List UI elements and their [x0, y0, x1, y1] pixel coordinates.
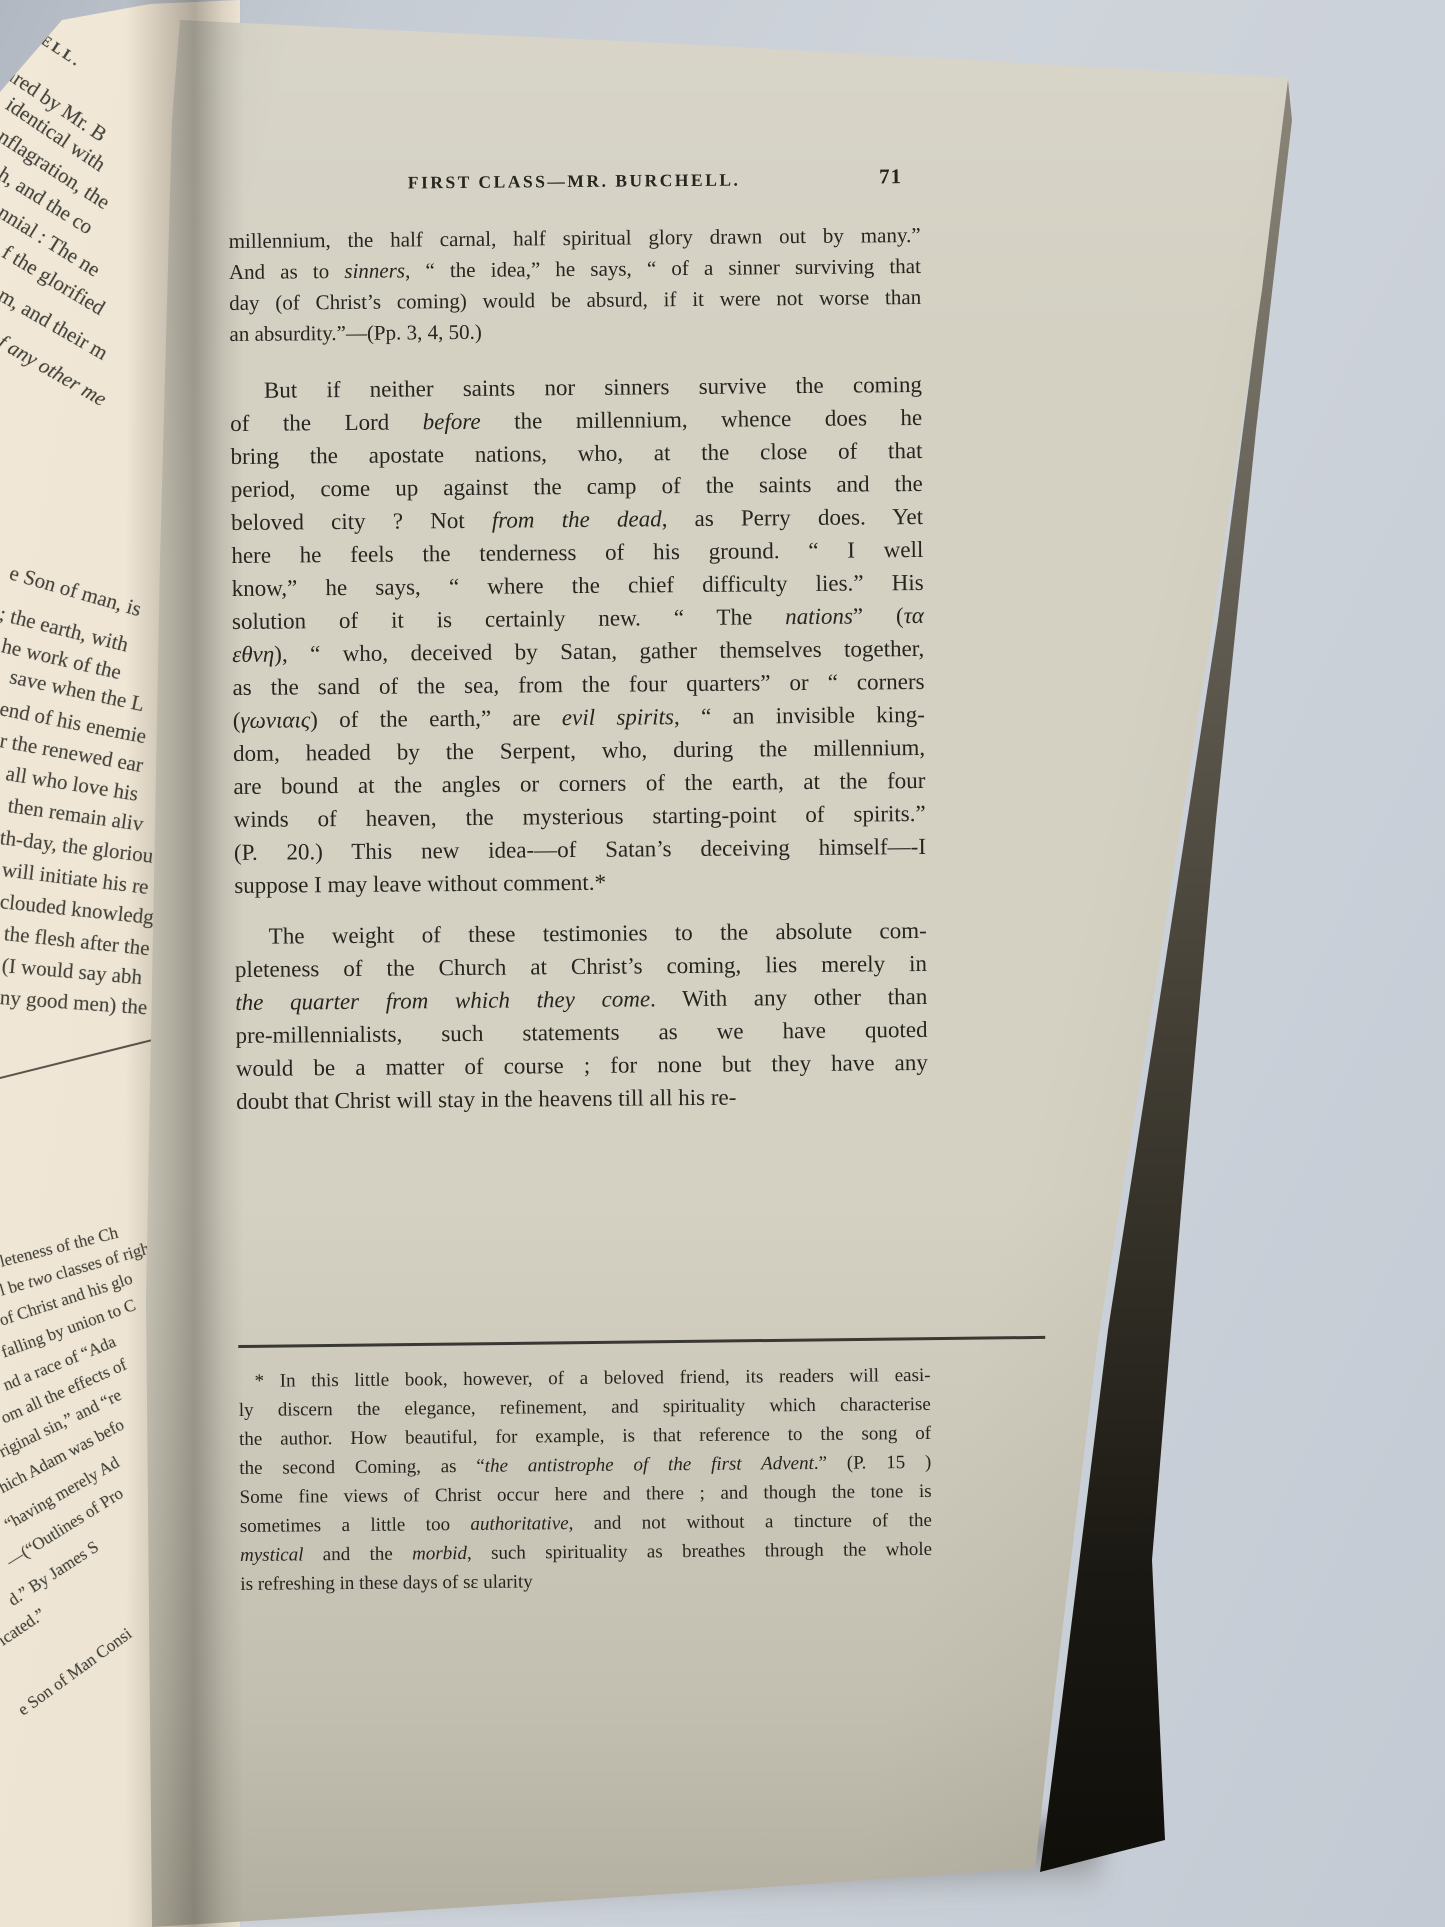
text: the second Coming, as “	[239, 1456, 485, 1479]
left-page-text-fragment: e Son of Man Consi	[14, 1624, 136, 1720]
text: .” (P. 15 )	[814, 1452, 932, 1474]
text: beloved city ? Not	[231, 508, 492, 535]
text: solution of it is certainly new. “ The	[232, 604, 785, 634]
text: winds of heaven, the mysterious starting…	[234, 801, 926, 832]
text: would be a matter of course ; for none b…	[236, 1050, 928, 1081]
left-page-text-fragment: (I would say abh	[1, 953, 143, 990]
text: ” (	[853, 603, 904, 628]
italic-text: before	[423, 409, 481, 435]
text: doubt that Christ will stay in the heave…	[236, 1085, 736, 1114]
photo-of-open-book: RCHELL.eared by Mr. Bidentical withnflag…	[0, 0, 1445, 1927]
italic-text: morbid	[412, 1543, 467, 1564]
gutter-shadow	[126, 0, 244, 1927]
text-line: is refreshing in these days of sɛ ularit…	[240, 1564, 932, 1599]
text: , “ the idea,” he says, “ of a sinner su…	[405, 254, 921, 283]
text-line: an absurdity.”—(Pp. 3, 4, 50.)	[229, 313, 921, 350]
text: pre-millennialists, such statements as w…	[235, 1017, 927, 1048]
text: are bound at the angles or corners of th…	[233, 768, 925, 799]
italic-text: sinners	[344, 258, 405, 283]
text-line: suppose I may leave without comment.*	[234, 863, 926, 902]
running-header-title: FIRST CLASS—MR. BURCHELL.	[228, 162, 920, 195]
text: bring the apostate nations, who, at the …	[230, 438, 922, 469]
text: * In this little book, however, of a bel…	[254, 1365, 930, 1392]
text: , such spirituality as breathes through …	[467, 1539, 932, 1564]
italic-text: authoritative	[470, 1513, 568, 1535]
italic-text: τα	[904, 603, 925, 628]
text-line: would be a matter of course ; for none b…	[236, 1046, 928, 1085]
italic-text: the antistrophe of the first Advent	[485, 1453, 814, 1477]
italic-text: from the dead	[492, 506, 662, 532]
text: Some fine views of Christ occur here and…	[240, 1481, 932, 1508]
text: , and not without a tincture of the	[569, 1510, 932, 1534]
text: But if neither saints nor sinners surviv…	[264, 372, 922, 403]
text: icated.”	[0, 1604, 48, 1649]
left-page-text-fragment: icated.”	[0, 1604, 49, 1650]
italic-text: εθνη	[232, 642, 274, 667]
text: (P. 20.) This new idea-—of Satan’s decei…	[234, 834, 926, 865]
text: sometimes a little too	[240, 1514, 471, 1537]
paragraph: The weight of these testimonies to the a…	[235, 914, 929, 1118]
page-number: 71	[879, 164, 902, 189]
paragraph: * In this little book, however, of a bel…	[238, 1361, 932, 1599]
text: ly discern the elegance, refinement, and…	[239, 1394, 931, 1421]
text: the author. How beautiful, for example, …	[239, 1423, 931, 1450]
text: And as to	[229, 259, 345, 284]
paragraph: millennium, the half carnal, half spirit…	[229, 220, 922, 350]
italic-text: the quarter from which they come	[235, 986, 650, 1015]
text-line: doubt that Christ will stay in the heave…	[236, 1079, 928, 1118]
text: the millennium, whence does he	[481, 405, 923, 434]
text: know,” he says, “ where the chief diffic…	[232, 570, 924, 601]
text: , as Perry does. Yet	[662, 504, 924, 531]
footnote: * In this little book, however, of a bel…	[238, 1361, 932, 1599]
text: The weight of these testimonies to the a…	[269, 918, 927, 949]
text: an absurdity.”—(Pp. 3, 4, 50.)	[229, 320, 482, 346]
footnote-rule	[238, 1336, 1045, 1348]
text-line: mystical and the morbid, such spirituali…	[240, 1535, 932, 1570]
text: is refreshing in these days of sɛ ularit…	[240, 1571, 533, 1595]
text: ) of the earth,” are	[310, 705, 562, 732]
running-header: FIRST CLASS—MR. BURCHELL. 71	[228, 162, 920, 198]
text: , “ an invisible king-	[674, 702, 925, 729]
text: suppose I may leave without comment.*	[234, 870, 606, 898]
text: dom, headed by the Serpent, who, during …	[233, 735, 925, 766]
italic-text: evil spirits	[562, 704, 674, 730]
text: millennium, the half carnal, half spirit…	[229, 223, 921, 253]
text-line: (P. 20.) This new idea-—of Satan’s decei…	[234, 830, 926, 869]
text: ), “ who, deceived by Satan, gather them…	[274, 636, 924, 667]
italic-text: γωνιαις	[240, 707, 310, 733]
body-text: millennium, the half carnal, half spirit…	[229, 220, 929, 1118]
text: day (of Christ’s coming) would be absurd…	[229, 285, 921, 315]
text: . With any other than	[650, 984, 927, 1011]
text: (	[233, 708, 241, 733]
text: here he feels the tenderness of his grou…	[231, 537, 923, 568]
text: pleteness of the Church at Christ’s comi…	[235, 951, 927, 982]
italic-text: nations	[785, 604, 853, 630]
text: period, come up against the camp of the …	[231, 471, 923, 502]
text: of the Lord	[230, 409, 423, 436]
paragraph: But if neither saints nor sinners surviv…	[230, 368, 927, 902]
text-line: day (of Christ’s coming) would be absurd…	[229, 282, 921, 319]
text: e Son of Man Consi	[14, 1624, 135, 1719]
italic-text: mystical	[240, 1544, 304, 1566]
page-content: FIRST CLASS—MR. BURCHELL. 71 millennium,…	[228, 162, 933, 1617]
text: as the sand of the sea, from the four qu…	[232, 669, 924, 700]
text: and the	[303, 1543, 412, 1565]
